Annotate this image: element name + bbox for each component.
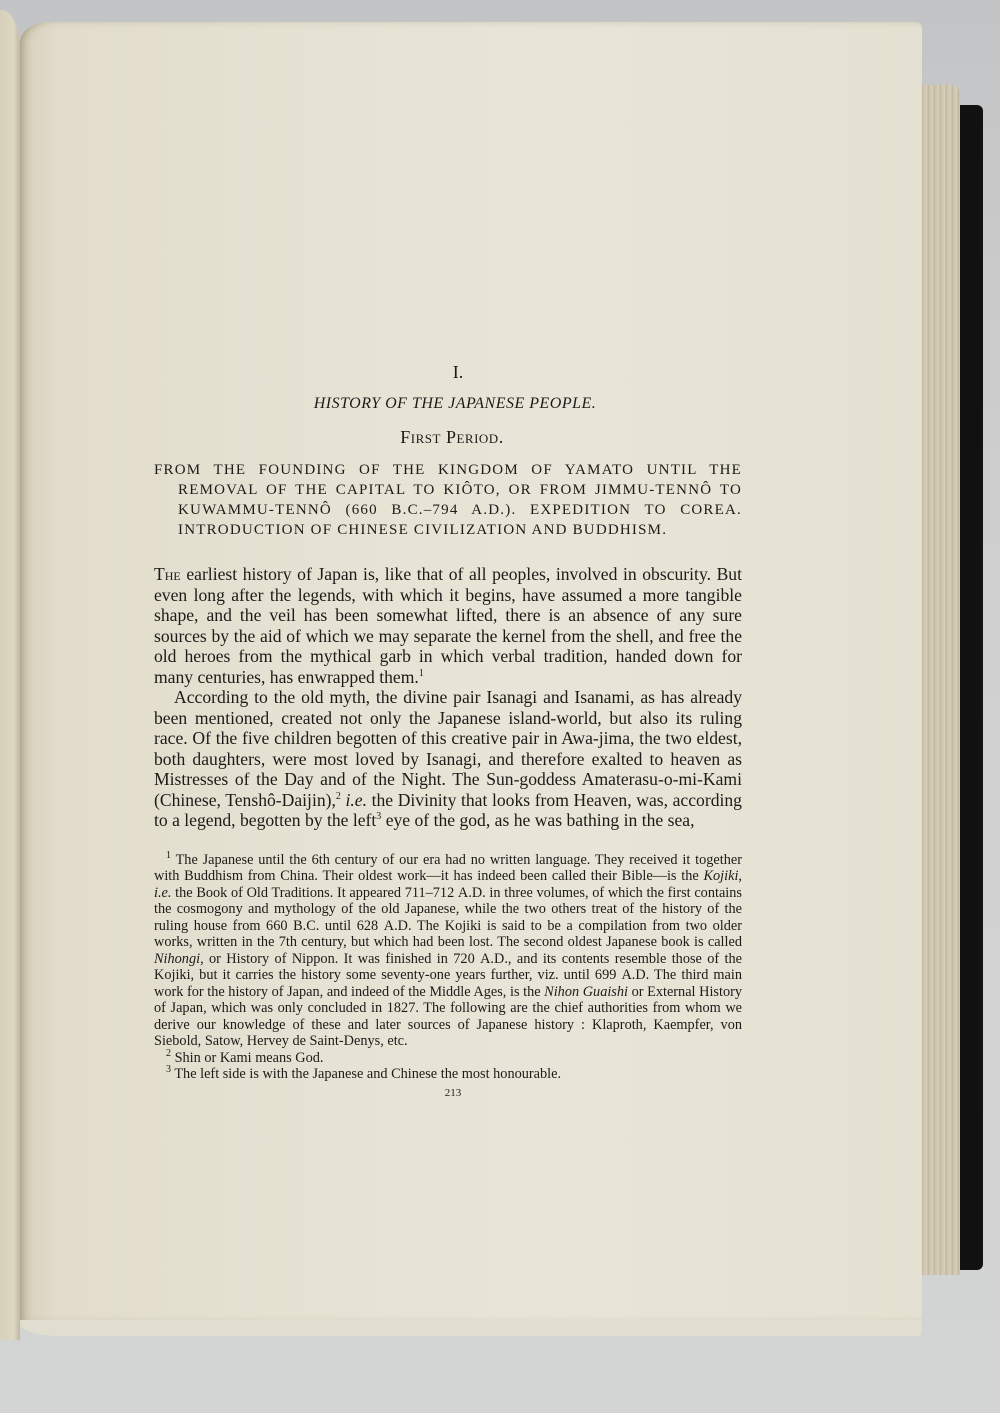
chapter-number: I. (154, 362, 742, 383)
book-page: I. HISTORY OF THE JAPANESE PEOPLE. First… (20, 22, 922, 1322)
footnote-segment: A.D. (458, 885, 486, 901)
period-heading: First Period. (154, 427, 742, 448)
footnotes: 1 The Japanese until the 6th century of … (154, 852, 742, 1083)
body-text: The earliest history of Japan is, like t… (154, 564, 742, 831)
lead-word: The (154, 564, 181, 584)
footnote-segment: the Book of Old Traditions. It appeared … (171, 885, 457, 901)
footnote-separator (154, 845, 742, 846)
paragraph-2: According to the old myth, the divine pa… (154, 687, 742, 831)
footnote-2: 2 Shin or Kami means God. (154, 1050, 742, 1067)
footnote-text: The Japanese until the 6th century of ou… (154, 852, 742, 1050)
footnote-segment: , or History of Nippon. It was finished … (200, 951, 480, 967)
footnote-text: The left side is with the Japanese and C… (171, 1066, 561, 1082)
footnote-segment: B.C. (293, 918, 319, 934)
ie-abbrev: i.e. (346, 790, 368, 810)
footnote-segment: A.D. (480, 951, 508, 967)
paragraph-text: eye of the god, as he was bathing in the… (381, 810, 694, 830)
footnote-text: Shin or Kami means God. (171, 1050, 323, 1066)
chapter-summary: From the founding of the kingdom of Yama… (154, 460, 742, 540)
page-stack-edges (918, 85, 960, 1275)
footnote-segment: until 628 (319, 918, 383, 934)
footnote-1: 1 The Japanese until the 6th century of … (154, 852, 742, 1050)
footnote-segment: A.D. (621, 967, 649, 983)
chapter-title: HISTORY OF THE JAPANESE PEOPLE. (154, 395, 742, 413)
footnote-3: 3 The left side is with the Japanese and… (154, 1066, 742, 1083)
footnote-ref: 1 (419, 668, 424, 679)
footnote-segment: A.D. (384, 918, 412, 934)
footnote-segment: Nihongi (154, 951, 200, 967)
page-content: I. HISTORY OF THE JAPANESE PEOPLE. First… (154, 362, 742, 1099)
paragraph-text: earliest history of Japan is, like that … (154, 564, 742, 687)
left-page-edge (0, 10, 20, 1340)
page-number: 213 (154, 1087, 742, 1099)
paragraph-1: The earliest history of Japan is, like t… (154, 564, 742, 687)
footnote-segment: The Japanese until the 6th century of ou… (154, 852, 742, 885)
footnote-ref: 2 (336, 791, 341, 802)
footnote-segment: Nihon Guaishi (544, 984, 628, 1000)
